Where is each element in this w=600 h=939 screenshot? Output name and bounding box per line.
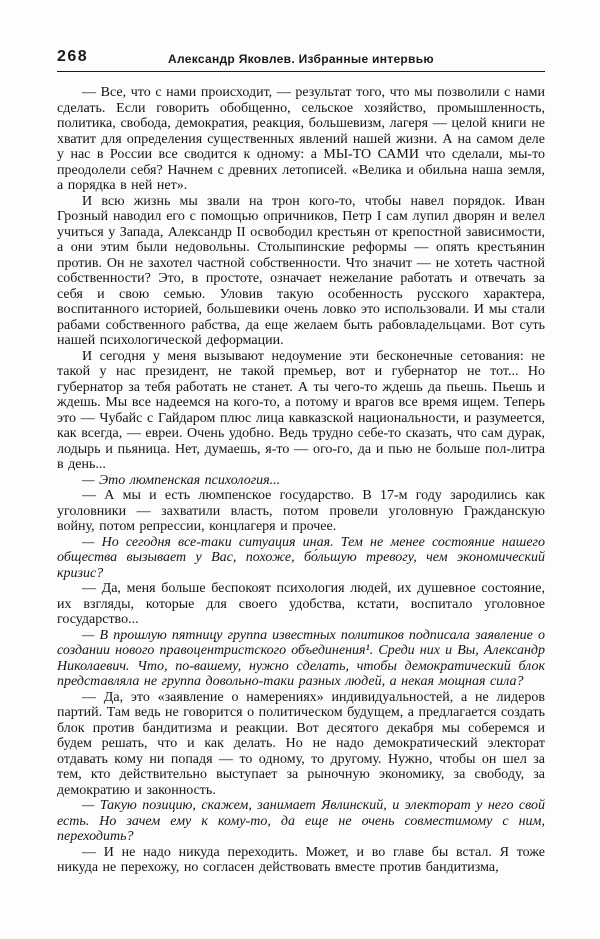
- paragraph-answer: — Да, это «заявление о намерениях» индив…: [57, 690, 545, 799]
- paragraph-answer: — А мы и есть люмпенское государство. В …: [57, 488, 545, 535]
- paragraph-answer: И всю жизнь мы звали на трон кого-то, чт…: [57, 194, 545, 349]
- paragraph-answer: — Да, меня больше беспокоят психология л…: [57, 581, 545, 628]
- paragraph-question: — Но сегодня все-таки ситуация иная. Тем…: [57, 535, 545, 582]
- paragraph-question: — Такую позицию, скажем, занимает Явлинс…: [57, 798, 545, 845]
- running-title: Александр Яковлев. Избранные интервью: [57, 52, 545, 66]
- paragraph-answer: — Все, что с нами происходит, — результа…: [57, 85, 545, 194]
- paragraph-answer: — И не надо никуда переходить. Может, и …: [57, 845, 545, 876]
- header-rule: [57, 71, 545, 72]
- paragraph-question: — Это люмпенская психология...: [57, 473, 545, 489]
- page-body: — Все, что с нами происходит, — результа…: [57, 85, 545, 876]
- paragraph-question: — В прошлую пятницу группа известных пол…: [57, 628, 545, 690]
- paragraph-answer: И сегодня у меня вызывают недоумение эти…: [57, 349, 545, 473]
- page-header: 268 Александр Яковлев. Избранные интервь…: [57, 48, 545, 68]
- book-page: 268 Александр Яковлев. Избранные интервь…: [0, 0, 600, 939]
